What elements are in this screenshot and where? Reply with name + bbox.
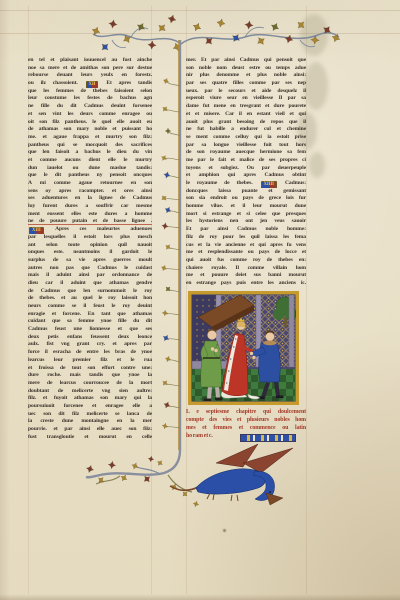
- text-line: onques este. neantmoins il gardoit le: [28, 249, 152, 257]
- bar-sprig-leaves: [160, 77, 173, 429]
- text-line: mort si estrange et si celee que presque…: [186, 211, 306, 219]
- text-line: me et resplendissante ou pays de locce e…: [186, 249, 306, 257]
- text-line: XIII Apres ces maleurtes aduenues: [28, 226, 152, 234]
- ruling-line: [0, 10, 400, 11]
- text-line: nir plus denomme et plus noble ainsi:: [186, 72, 306, 80]
- text-line: sens oy apres racompter. et ores ainsi: [28, 188, 152, 196]
- text-line: Cadmus feust une lionnesse et que ses: [28, 326, 152, 334]
- text-line: et sen vint les deurs comme enragee ou: [28, 111, 152, 119]
- bar-sprigs: [165, 82, 180, 428]
- text-line: ne fut habille a endurer cul et chemine: [186, 126, 306, 134]
- text-line: la creste dune montaingne en la mer: [28, 418, 152, 426]
- text-line: dieu car il aduint que athamas gendre: [28, 280, 152, 288]
- text-line: ou ilz chassoient. XII Et apres tandis: [28, 80, 152, 88]
- text-line: homme vilue. et il leur mourut dune: [186, 203, 306, 211]
- text-line: surplus de sa vie apres guerres moult: [28, 257, 152, 265]
- text-line: deux petis enfans feussent deux leonce: [28, 334, 152, 342]
- text-line: filz. et fuyoit athamas son mary qui la: [28, 395, 152, 403]
- text-line: poursuiuoit forcenee et enragee elle a: [28, 403, 152, 411]
- text-line: rebourse deuant leurs yeulx en forestz.: [28, 72, 152, 80]
- column: [289, 295, 294, 367]
- text-line: toyens et subgiez. Ou par deuerpeuple: [186, 165, 306, 173]
- dragon-wing-left: [216, 444, 258, 467]
- offset-stain: [309, 152, 325, 178]
- line-filler: [240, 434, 296, 442]
- text-line: L e septiesme chapitre qui doulcement: [186, 408, 306, 416]
- text-line: ne de pouure putain et de basse lignee .: [28, 218, 152, 226]
- text-line: ment eussent elles este dures a homme: [28, 211, 152, 219]
- text-line: de son royaume auecque hermione sa fem: [186, 149, 306, 157]
- bottom-vine: [96, 466, 192, 492]
- text-line: mer. Et par ainsi Cadmus qui pensoit que: [186, 57, 306, 65]
- text-line: que len faisoit a bachus le dieu du vin: [28, 149, 152, 157]
- text-line: me. et agaue frappa et murtry son filz:: [28, 134, 152, 142]
- text-line: ses aduentures en la lignee de Cadmus: [28, 195, 152, 203]
- text-line: compte des vies et plusieurs nobles hom: [186, 416, 306, 424]
- dragon-claws: [207, 493, 238, 501]
- text-line: par sa longue vieillesse fuit tout hors: [186, 142, 306, 150]
- text-line: autres non pas que Cadmus le cuidast: [28, 265, 152, 273]
- text-line: de thebes. et au quel le roy laissoit ho…: [28, 295, 152, 303]
- offset-stain: [304, 62, 328, 110]
- text-line: pantheus qui se mocquoit des sacrifices: [28, 142, 152, 150]
- dragon-head: [266, 493, 283, 505]
- text-line: neurs comme se il feust le roy deuint: [28, 303, 152, 311]
- dragon-eye: [269, 491, 271, 493]
- text-line: doncques laissa puante et gemissant: [186, 188, 306, 196]
- text-line: noe sa mere et de amithas son pere sur d…: [28, 65, 152, 73]
- text-column-left: en tel et plaisant iouuencel au fust ain…: [28, 57, 152, 441]
- text-line: pourrie. et par ainsi elle auec son filz…: [28, 426, 152, 434]
- text-line: et comme aucuns dient elle le murtry: [28, 157, 152, 165]
- chapter-numeral: XII: [86, 81, 99, 88]
- text-line: me par le fait et malice de ses propres …: [186, 157, 306, 165]
- text-line: mere de learcus courroucee de la mort: [28, 380, 152, 388]
- text-line: Et par ainsi Cadmus noble homme:: [186, 226, 306, 234]
- text-line: cus et la vie ancienne et qui apres fu v…: [186, 242, 306, 250]
- text-line: cuidant que sa femme ynoe fille du dit: [28, 318, 152, 326]
- text-line: dame fut mene en tresgrant et dure poure…: [186, 103, 306, 111]
- text-line: son sia endroit ou pays de grece lois fu…: [186, 195, 306, 203]
- text-line: et et misere. Car il en estant vieil et …: [186, 111, 306, 119]
- text-line: fust transgloutie et mourut en celle: [28, 434, 152, 442]
- text-line: mes et femmes et commence ou latin: [186, 424, 306, 432]
- text-line: dun iauelot ou dune maslue tandis:: [28, 165, 152, 173]
- dragon-neck: [254, 471, 275, 500]
- text-line: force il esracha de entre les bras de yn…: [28, 349, 152, 357]
- chapter-numeral: XIII: [29, 227, 44, 234]
- text-line: en estrange pays puis entre les anciens …: [186, 280, 306, 288]
- text-line: en tel et plaisant iouuencel au fust ain…: [28, 57, 152, 65]
- text-line: esperoit viure seur en vieillesse Il par…: [186, 95, 306, 103]
- text-line: ueux. par le secours et aide desquelz il: [186, 88, 306, 96]
- text-line: filz de roy pour les quil laissa les fem…: [186, 234, 306, 242]
- text-line: de athamas son mary noble et puissant ho: [28, 126, 152, 134]
- text-line: doubtant de melicerte vng sien aultre:: [28, 388, 152, 396]
- text-line: chaiere royale. Il comme villain hom: [186, 265, 306, 273]
- text-line: qui auoit fus comme roy de thebes en:: [186, 257, 306, 265]
- text-line: aulx. fist vng grant cry. et apres par: [28, 341, 152, 349]
- text-line: se ment comme celluy qui ia estoit prise: [186, 134, 306, 142]
- text-line: le royaume de thebes. XIIII Cadmus:: [186, 180, 306, 188]
- text-line: mais il aduint ainsi par ordonnance de: [28, 272, 152, 280]
- text-line: que les femmes de thebes faisoient selon: [28, 88, 152, 96]
- dragon-marginalia: [170, 444, 293, 505]
- offset-stain: [300, 14, 328, 56]
- text-line: leur coustume les festes de bachus agn: [28, 95, 152, 103]
- text-line: et amphion qui apres Cadmus obtint: [186, 172, 306, 180]
- text-line: A mi comme agaue retournee en son: [28, 180, 152, 188]
- text-line: dure roche. mais tandis que ynoe la: [28, 372, 152, 380]
- bottom-vine-leaves: [85, 456, 199, 508]
- text-line: learcus leur premier filz et le rua: [28, 357, 152, 365]
- text-line: me et pouure deiet sus banni mourut: [186, 272, 306, 280]
- text-line: de Cadmus que len surnommoit le roy: [28, 288, 152, 296]
- text-line: les hystoriens nen ont jen veus sauoir: [186, 218, 306, 226]
- ruling-line: [0, 33, 400, 34]
- manuscript-page: en tel et plaisant iouuencel au fust ain…: [0, 0, 400, 600]
- text-line: que le dit pantheus ny pensoit oncques: [28, 172, 152, 180]
- text-line: uec son dit filz melicerte se lanca de: [28, 411, 152, 419]
- dragon-wing-right: [243, 448, 293, 473]
- chapter-numeral: XIIII: [261, 181, 277, 188]
- text-line: par ses quatre filles comme par ses nep: [186, 80, 306, 88]
- text-line: son noble nom deust estre ou temps adue: [186, 65, 306, 73]
- text-line: auoit plus grant besoing de repos que il: [186, 119, 306, 127]
- text-line: ne fille du dit Cadmus deuint forsenee: [28, 103, 152, 111]
- text-line: luy furent dures a souffrir car mesme: [28, 203, 152, 211]
- text-line: par lesquelles il estoit lors plus mesch: [28, 234, 152, 242]
- miniature-scene: [188, 291, 299, 405]
- dragon-body: [196, 469, 266, 494]
- red-underlined-text: ne de pouure putain et de basse lignee .: [28, 218, 152, 225]
- miniature-frame: [188, 291, 299, 405]
- text-line: et froissa de tout son effort contre une…: [28, 365, 152, 373]
- text-column-right: mer. Et par ainsi Cadmus qui pensoit que…: [186, 57, 306, 288]
- text-line: enragie et forcene. En tant que athamas: [28, 311, 152, 319]
- text-line: ant selon toute opinion quil nauoit: [28, 242, 152, 250]
- ink-speck: [223, 529, 226, 532]
- text-line: oit son filz pantheus. le quel elle auoi…: [28, 119, 152, 127]
